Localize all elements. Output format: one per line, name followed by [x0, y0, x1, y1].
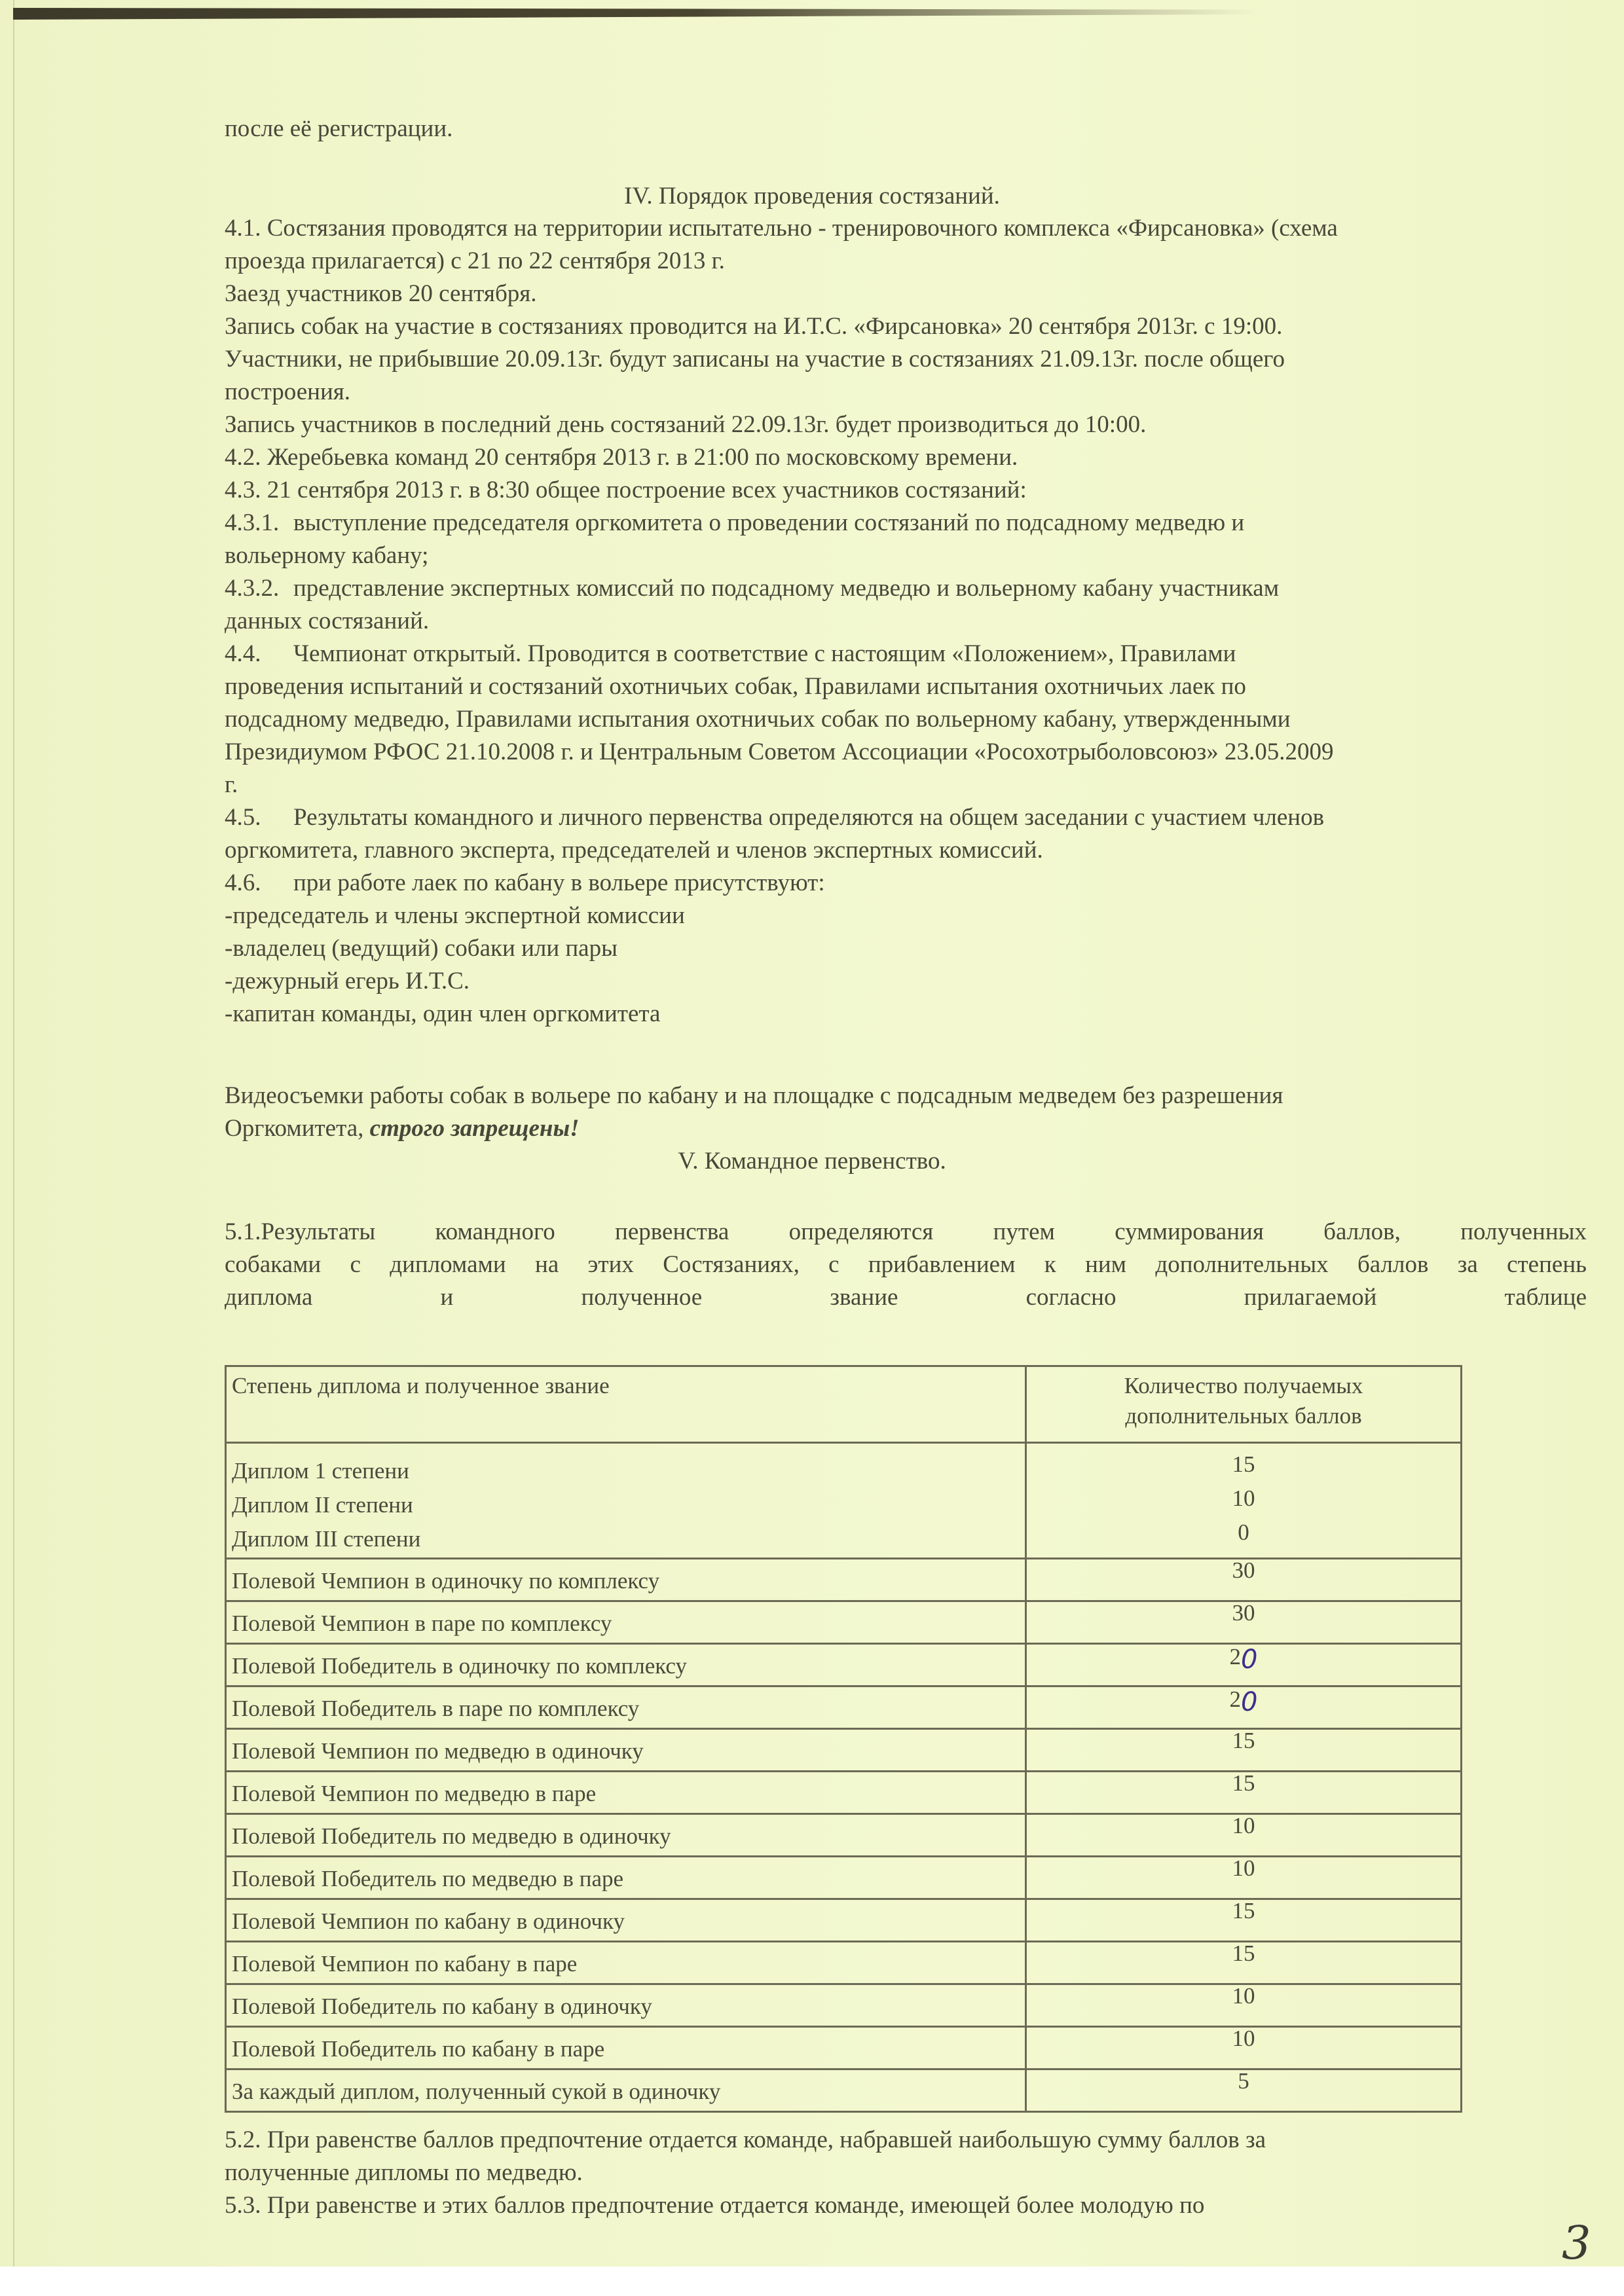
paragraph-4-5-cont: оргкомитета, главного эксперта, председа… — [225, 836, 1043, 865]
points-value: 15 — [1232, 1728, 1255, 1753]
title-label: Полевой Победитель по кабану в одиночку — [232, 1994, 652, 2019]
title-cell: Полевой Чемпион в одиночку по комплексу — [226, 1559, 1026, 1601]
scan-edge — [13, 0, 14, 2267]
handwritten-digit: 0 — [1241, 1645, 1257, 1675]
item-text: Результаты командного и личного первенст… — [293, 804, 1324, 831]
title-cell: Полевой Чемпион по медведю в паре — [226, 1772, 1026, 1814]
points-value: 5 — [1238, 2068, 1249, 2094]
item-text: при работе лаек по кабану в вольере прис… — [293, 869, 825, 896]
title-cell: Полевой Победитель в паре по комплексу — [226, 1686, 1026, 1729]
table-row: Полевой Победитель в паре по комплексу20 — [226, 1686, 1462, 1729]
item-number: 4.5. — [225, 803, 293, 832]
item-number: 4.6. — [225, 869, 293, 898]
table-row: Полевой Чемпион в паре по комплексу30 — [226, 1601, 1462, 1644]
attendee-item: -дежурный егерь И.Т.С. — [225, 967, 470, 996]
table-header-row: Степень диплома и полученное звание Коли… — [226, 1366, 1462, 1443]
title-cell: Полевой Чемпион по кабану в одиночку — [226, 1899, 1026, 1942]
scan-shadow — [13, 8, 1257, 20]
title-label: Полевой Победитель в одиночку по комплек… — [232, 1653, 687, 1679]
title-cell: Полевой Чемпион по кабану в паре — [226, 1942, 1026, 1984]
paragraph-4-5: 4.5.Результаты командного и личного перв… — [225, 803, 1324, 832]
video-notice-text: Оргкомитета, — [225, 1115, 370, 1142]
item-text: представление экспертных комиссий по под… — [293, 575, 1279, 602]
points-cell: 10 — [1026, 1984, 1462, 2027]
handwritten-digit: 0 — [1241, 1687, 1257, 1717]
points-value: 15 — [1232, 1941, 1255, 1966]
registration-text: Запись собак на участие в состязаниях пр… — [225, 312, 1282, 341]
table-row: Полевой Победитель по медведю в одиночку… — [226, 1814, 1462, 1857]
paragraph-5-3: 5.3. При равенстве и этих баллов предпоч… — [225, 2191, 1204, 2220]
paragraph-4-3-2: 4.3.2.представление экспертных комиссий … — [225, 574, 1279, 603]
points-value: 15 — [1232, 1770, 1255, 1796]
table-row: Полевой Победитель по медведю в паре10 — [226, 1857, 1462, 1899]
title-label: Полевой Чемпион в паре по комплексу — [232, 1611, 612, 1636]
points-cell: 20 — [1026, 1644, 1462, 1686]
page-number: 3 — [1562, 2216, 1591, 2270]
diploma-labels-cell: Диплом 1 степени Диплом II степени Дипло… — [226, 1443, 1026, 1559]
points-cell: 15 — [1026, 1942, 1462, 1984]
points-cell: 30 — [1026, 1559, 1462, 1601]
points-value: 2 — [1230, 1686, 1242, 1712]
points-value: 10 — [1232, 2026, 1255, 2051]
table-row: Полевой Чемпион в одиночку по комплексу3… — [226, 1559, 1462, 1601]
paragraph-4-4-cont: подсадному медведю, Правилами испытания … — [225, 705, 1291, 734]
item-number: 4.3.2. — [225, 574, 293, 603]
paragraph-4-3: 4.3. 21 сентября 2013 г. в 8:30 общее по… — [225, 476, 1027, 505]
prohibition-emphasis: строго запрещены! — [370, 1115, 580, 1142]
points-value: 10 — [1232, 1813, 1255, 1838]
points-value: 15 — [1232, 1898, 1255, 1923]
paragraph-5-2: 5.2. При равенстве баллов предпочтение о… — [225, 2126, 1266, 2155]
points-cell: 10 — [1026, 1814, 1462, 1857]
video-notice-cont: Оргкомитета, строго запрещены! — [225, 1114, 580, 1143]
paragraph-4-3-1: 4.3.1.выступление председателя оргкомите… — [225, 509, 1244, 538]
table-row: Полевой Чемпион по кабану в паре15 — [226, 1942, 1462, 1984]
column-header: Степень диплома и полученное звание — [226, 1366, 1026, 1443]
scanned-page: после её регистрации. IV. Порядок провед… — [0, 0, 1624, 2267]
paragraph-5-2-cont: полученные дипломы по медведю. — [225, 2159, 583, 2187]
title-cell: За каждый диплом, полученный сукой в оди… — [226, 2069, 1026, 2112]
paragraph-4-6: 4.6.при работе лаек по кабану в вольере … — [225, 869, 825, 898]
points-value: 2 — [1230, 1644, 1242, 1669]
paragraph-4-4-cont: проведения испытаний и состязаний охотни… — [225, 672, 1246, 701]
paragraph-4-4: 4.4.Чемпионат открытый. Проводится в соо… — [225, 640, 1236, 668]
diploma-label: Диплом 1 степени — [232, 1454, 1020, 1488]
table-row: За каждый диплом, полученный сукой в оди… — [226, 2069, 1462, 2112]
table-row: Полевой Чемпион по медведю в паре15 — [226, 1772, 1462, 1814]
table-row: Полевой Победитель в одиночку по комплек… — [226, 1644, 1462, 1686]
title-label: Полевой Чемпион по кабану в одиночку — [232, 1908, 625, 1934]
table-row: Полевой Чемпион по медведю в одиночку15 — [226, 1729, 1462, 1772]
paragraph-4-1: 4.1. Состязания проводятся на территории… — [225, 214, 1338, 243]
registration-text-3: построения. — [225, 378, 350, 407]
video-notice: Видеосъемки работы собак в вольере по ка… — [225, 1082, 1283, 1110]
paragraph-5-1-cont: собаками с дипломами на этих Состязаниях… — [225, 1250, 1587, 1279]
title-label: Полевой Чемпион по медведю в паре — [232, 1781, 596, 1806]
title-label: Полевой Чемпион по медведю в одиночку — [232, 1738, 644, 1764]
title-cell: Полевой Победитель по кабану в паре — [226, 2027, 1026, 2069]
diploma-points: 0 — [1032, 1516, 1455, 1550]
title-cell: Полевой Победитель по медведю в паре — [226, 1857, 1026, 1899]
diploma-label: Диплом III степени — [232, 1522, 1020, 1556]
table-row: Полевой Победитель по кабану в паре10 — [226, 2027, 1462, 2069]
attendee-item: -владелец (ведущий) собаки или пары — [225, 934, 618, 963]
title-label: Полевой Чемпион в одиночку по комплексу — [232, 1568, 659, 1594]
item-text: выступление председателя оргкомитета о п… — [293, 509, 1244, 536]
column-header: Количество получаемых дополнительных бал… — [1026, 1366, 1462, 1443]
table-row: Диплом 1 степени Диплом II степени Дипло… — [226, 1443, 1462, 1559]
item-text: Чемпионат открытый. Проводится в соответ… — [293, 640, 1236, 667]
points-value: 30 — [1232, 1558, 1255, 1583]
title-cell: Полевой Победитель по медведю в одиночку — [226, 1814, 1026, 1857]
paragraph-4-1-cont: проезда прилагается) с 21 по 22 сентября… — [225, 247, 725, 276]
continuation-text: после её регистрации. — [225, 115, 452, 143]
title-label: Полевой Чемпион по кабану в паре — [232, 1951, 577, 1977]
points-cell: 15 — [1026, 1772, 1462, 1814]
title-cell: Полевой Победитель в одиночку по комплек… — [226, 1644, 1026, 1686]
paragraph-4-4-cont: Президиумом РФОС 21.10.2008 г. и Централ… — [225, 738, 1334, 767]
points-cell: 15 — [1026, 1899, 1462, 1942]
title-cell: Полевой Чемпион по медведю в одиночку — [226, 1729, 1026, 1772]
paragraph-5-1: 5.1.Результаты командного первенства опр… — [225, 1218, 1587, 1247]
diploma-points-cell: 15 10 0 — [1026, 1443, 1462, 1559]
title-label: Полевой Победитель по медведю в паре — [232, 1866, 623, 1891]
points-cell: 30 — [1026, 1601, 1462, 1644]
points-table: Степень диплома и полученное звание Коли… — [225, 1365, 1462, 2113]
item-number: 4.3.1. — [225, 509, 293, 538]
table-row: Полевой Победитель по кабану в одиночку1… — [226, 1984, 1462, 2027]
diploma-points: 10 — [1032, 1482, 1455, 1516]
points-cell: 20 — [1026, 1686, 1462, 1729]
points-value: 10 — [1232, 1983, 1255, 2009]
registration-last-day: Запись участников в последний день состя… — [225, 410, 1146, 439]
title-label: Полевой Победитель по медведю в одиночку — [232, 1823, 671, 1849]
title-cell: Полевой Победитель по кабану в одиночку — [226, 1984, 1026, 2027]
paragraph-4-3-1-cont: вольерному кабану; — [225, 541, 428, 570]
points-cell: 15 — [1026, 1729, 1462, 1772]
paragraph-4-3-2-cont: данных состязаний. — [225, 607, 429, 636]
attendee-item: -капитан команды, один член оргкомитета — [225, 1000, 660, 1029]
title-label: Полевой Победитель по кабану в паре — [232, 2036, 604, 2062]
item-number: 4.4. — [225, 640, 293, 668]
paragraph-5-1-cont: диплома и полученное звание согласно при… — [225, 1283, 1587, 1312]
title-label: За каждый диплом, полученный сукой в оди… — [232, 2079, 720, 2104]
points-cell: 5 — [1026, 2069, 1462, 2112]
points-cell: 10 — [1026, 1857, 1462, 1899]
registration-text-2: Участники, не прибывшие 20.09.13г. будут… — [225, 345, 1285, 374]
table-row: Полевой Чемпион по кабану в одиночку15 — [226, 1899, 1462, 1942]
diploma-points: 15 — [1032, 1448, 1455, 1482]
attendee-item: -председатель и члены экспертной комисси… — [225, 902, 685, 930]
points-value: 10 — [1232, 1855, 1255, 1881]
arrival-text: Заезд участников 20 сентября. — [225, 280, 537, 308]
diploma-label: Диплом II степени — [232, 1488, 1020, 1522]
points-value: 30 — [1232, 1600, 1255, 1626]
title-label: Полевой Победитель в паре по комплексу — [232, 1696, 639, 1721]
paragraph-4-2: 4.2. Жеребьевка команд 20 сентября 2013 … — [225, 443, 1018, 472]
points-cell: 10 — [1026, 2027, 1462, 2069]
section-5-heading: V. Командное первенство. — [0, 1147, 1624, 1176]
paragraph-4-4-cont: г. — [225, 771, 238, 799]
section-4-heading: IV. Порядок проведения состязаний. — [0, 182, 1624, 211]
title-cell: Полевой Чемпион в паре по комплексу — [226, 1601, 1026, 1644]
